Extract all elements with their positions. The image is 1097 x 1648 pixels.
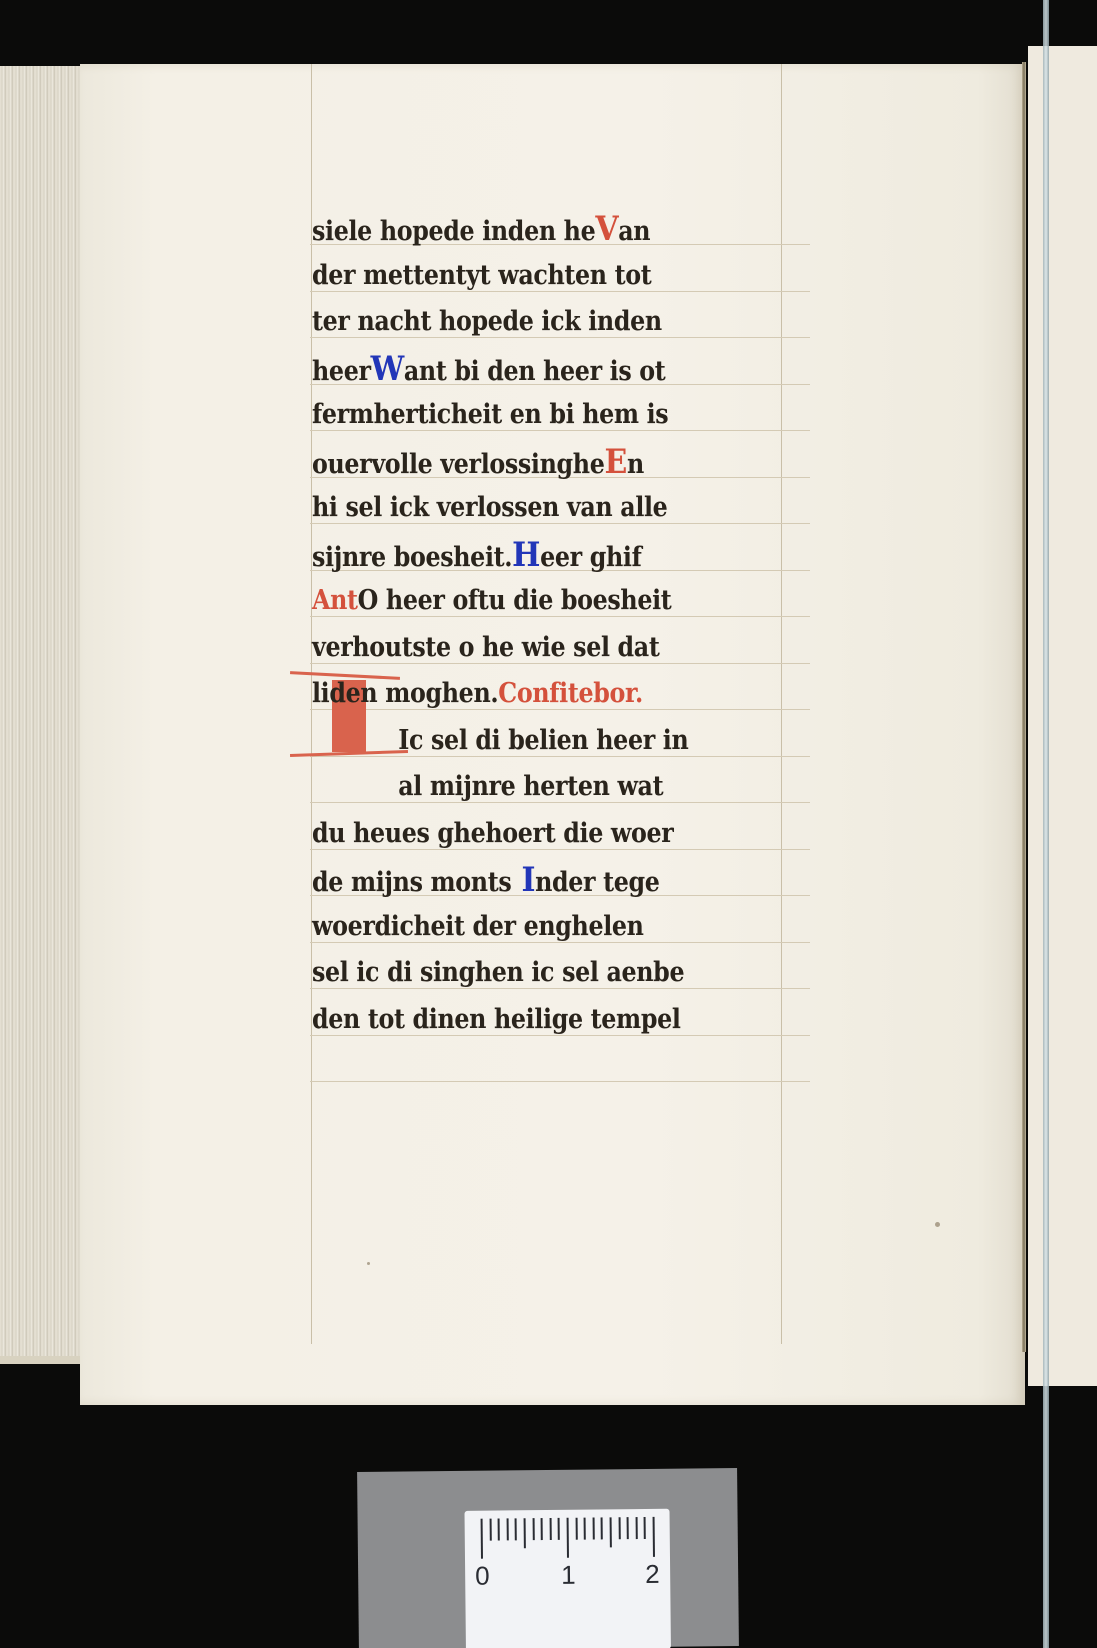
text-span: nder tege: [535, 867, 659, 898]
text-span: sijnre boesheit.: [312, 542, 512, 573]
scale-label-2: 2: [645, 1559, 660, 1590]
text-span: woerdicheit der enghelen: [312, 911, 644, 942]
text-line: ouervolle verlossingheEn: [312, 439, 752, 486]
text-line: sijnre boesheit.Heer ghif: [312, 532, 752, 579]
text-span: eer ghif: [540, 542, 641, 573]
text-line: Ic sel di belien heer in: [312, 718, 752, 765]
ruler-tick: [575, 1518, 577, 1540]
decorated-initial: I: [511, 860, 535, 900]
ruler-tick: [541, 1518, 543, 1540]
text-line: al mijnre herten wat: [312, 764, 752, 811]
text-span: al mijnre herten wat: [398, 771, 663, 802]
scale-label-1: 1: [561, 1560, 576, 1591]
scale-card: 0 1 2: [357, 1468, 739, 1648]
gutter: [1022, 62, 1026, 1352]
text-line: AntO heer oftu die boesheit: [312, 578, 752, 625]
stain: [935, 1222, 940, 1227]
scale-label-0: 0: [475, 1561, 490, 1592]
text-line: siele hopede inden heVan: [312, 206, 752, 253]
text-span: du heues ghehoert die woer: [312, 818, 673, 849]
text-span: ter nacht hopede ick inden: [312, 306, 662, 337]
text-span: sel ic di singhen ic sel aenbe: [312, 957, 684, 988]
text-block: siele hopede inden heVander mettentyt wa…: [312, 206, 812, 1043]
ruler-tick: [498, 1519, 500, 1541]
text-span: der mettentyt wachten tot: [312, 260, 651, 291]
ruler-tick: [601, 1517, 603, 1539]
ruler-tick: [524, 1518, 526, 1548]
text-line: de mijns monts Inder tege: [312, 857, 752, 904]
text-line: heerWant bi den heer is ot: [312, 346, 752, 393]
ruler-tick: [532, 1518, 534, 1540]
text-span: siele hopede inden he: [312, 216, 595, 247]
ruler-ticks: [481, 1513, 661, 1555]
text-line: der mettentyt wachten tot: [312, 253, 752, 300]
text-span: n: [627, 449, 644, 480]
facing-leaf: [1028, 46, 1097, 1386]
ruler-tick: [653, 1517, 655, 1557]
ruler-tick: [635, 1517, 637, 1539]
text-line: hi sel ick verlossen van alle: [312, 485, 752, 532]
text-span: verhoutste o he wie sel dat: [312, 632, 659, 663]
ruler-tick: [610, 1517, 612, 1547]
rubric-text: Ant: [312, 585, 358, 616]
ruler-tick: [618, 1517, 620, 1539]
decorated-initial: W: [371, 349, 404, 389]
rubric-text: Confitebor.: [498, 678, 643, 709]
ruling-line: [310, 1081, 810, 1082]
ruler-tick: [506, 1518, 508, 1540]
text-span: fermherticheit en bi hem is: [312, 399, 668, 430]
text-line: sel ic di singhen ic sel aenbe: [312, 950, 752, 997]
text-line: verhoutste o he wie sel dat: [312, 625, 752, 672]
ruler-tick: [515, 1518, 517, 1540]
scale-ruler: 0 1 2: [464, 1509, 670, 1648]
ruler-tick: [584, 1518, 586, 1540]
text-line: liden moghen.Confitebor.: [312, 671, 752, 718]
text-span: O heer oftu die boesheit: [358, 585, 672, 616]
text-span: ouervolle verlossinghe: [312, 449, 604, 480]
decorated-initial: V: [595, 209, 618, 249]
decorated-initial: E: [604, 442, 626, 482]
text-span: hi sel ick verlossen van alle: [312, 492, 667, 523]
ruler-tick: [627, 1517, 629, 1539]
text-span: Ic sel di belien heer in: [398, 725, 688, 756]
stain: [367, 1262, 370, 1265]
ruler-tick: [558, 1518, 560, 1540]
ruler-tick: [489, 1519, 491, 1541]
text-line: ter nacht hopede ick inden: [312, 299, 752, 346]
ruler-tick: [549, 1518, 551, 1540]
ruler-tick: [567, 1518, 569, 1558]
glass-rod: [1043, 0, 1049, 1648]
text-span: liden moghen.: [312, 678, 498, 709]
text-span: heer: [312, 356, 371, 387]
text-span: de mijns monts: [312, 867, 511, 898]
text-span: an: [618, 216, 650, 247]
ruler-tick: [644, 1517, 646, 1539]
text-span: den tot dinen heilige tempel: [312, 1004, 681, 1035]
ruler-tick: [592, 1518, 594, 1540]
ruler-tick: [481, 1519, 483, 1559]
text-line: den tot dinen heilige tempel: [312, 997, 752, 1044]
text-line: fermherticheit en bi hem is: [312, 392, 752, 439]
text-line: du heues ghehoert die woer: [312, 811, 752, 858]
text-line: woerdicheit der enghelen: [312, 904, 752, 951]
decorated-initial: H: [512, 535, 540, 575]
text-span: ant bi den heer is ot: [404, 356, 666, 387]
